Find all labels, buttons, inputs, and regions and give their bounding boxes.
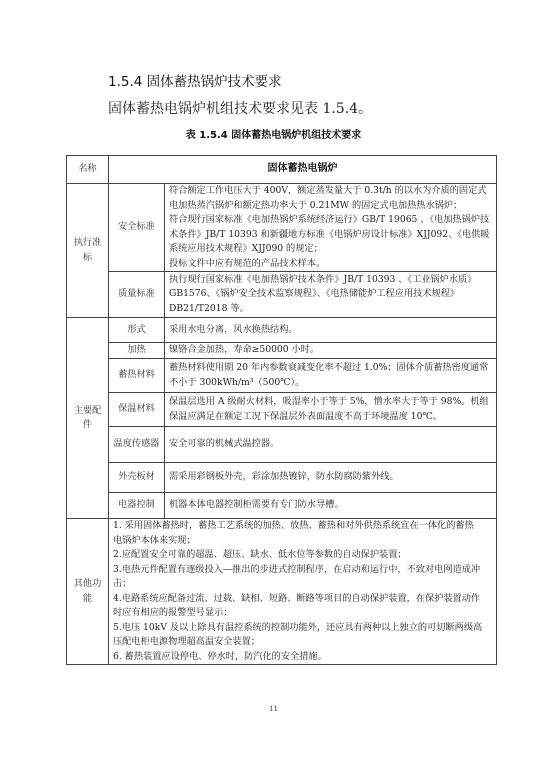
spec-table: 名称 固体蓄热电锅炉 执行准标 安全标准 符合额定工作电压大于 400V，额定蒸… [66,155,497,665]
text-line: 安全可靠的机械式温控器。 [169,437,492,452]
text-line: 时应有相应的报警型号显示； [113,606,492,621]
text-line: 电锅炉本体来实现； [113,534,492,549]
row-label-temp-sensor: 温度传感器 [109,427,165,463]
row-content-heating: 镍铬合金加热，寿命≥50000 小时。 [165,343,497,359]
table-row: 保温材料 保温层选用 A 级耐火材料，吸湿率小于等于 5%，憎水率大于等于 98… [67,393,497,427]
category-main-parts: 主要配件 [67,318,109,519]
text-line: 电加热蒸汽锅炉和额定热功率大于 0.21MW 的固定式电加热热水锅炉； [169,199,492,214]
table-row: 执行准标 安全标准 符合额定工作电压大于 400V，额定蒸发量大于 0.3t/h… [67,184,497,272]
text-line: 保温层选用 A 级耐火材料，吸湿率小于等于 5%，憎水率大于等于 98%。机组 [169,395,492,410]
text-line: 符合额定工作电压大于 400V，额定蒸发量大于 0.3t/h 的以水为介质的固定… [169,184,492,199]
row-content-storage-material: 蓄热材料使用期 20 年内参数衰减变化率不超过 1.0%；固体介质蓄热密度通常 … [165,359,497,393]
row-label-electrical-control: 电器控制 [109,493,165,519]
section-heading: 1.5.4 固体蓄热锅炉技术要求 [108,70,282,90]
text-line: 不小于 300kWh/m³（500℃）。 [169,376,492,391]
row-label-heating: 加热 [109,343,165,359]
text-line: 3.电热元件配置有逐级投入—推出的步进式控制程序，在启动和运行中，不致对电网造成… [113,563,492,578]
text-line: 需采用彩钢板外壳，彩涂加热镀锌，防水防腐防紫外线。 [169,470,492,485]
row-label-casing: 外壳板材 [109,463,165,493]
header-label: 名称 [67,156,109,184]
table-row: 质量标准 执行现行国家标准《电加热锅炉技术条件》JB/T 10393 、《工业锅… [67,272,497,318]
text-line: 符合现行国家标准《电加热锅炉系统经济运行》GB/T 19065 、《电加热锅炉技 [169,213,492,228]
text-line: 蓄热材料使用期 20 年内参数衰减变化率不超过 1.0%；固体介质蓄热密度通常 [169,361,492,376]
row-label-storage-material: 蓄热材料 [109,359,165,393]
table-row: 主要配件 形式 采用水电分离，风水换热结构。 [67,318,497,343]
table-caption: 表 1.5.4 固体蓄热电锅炉机组技术要求 [0,126,547,141]
row-content-quality: 执行现行国家标准《电加热锅炉技术条件》JB/T 10393 、《工业锅炉水质》 … [165,272,497,318]
text-line: 执行现行国家标准《电加热锅炉技术条件》JB/T 10393 、《工业锅炉水质》 [169,273,492,288]
text-line: 4.电路系统应配备过流、过载、缺相、短路、断路等项目的自动保护装置，在保护装置动… [113,592,492,607]
row-label-quality: 质量标准 [109,272,165,318]
table-row: 电器控制 机器本体电器控制柜需要有专门防水导槽。 [67,493,497,519]
row-content-other-functions: 1. 采用固体蓄热时，蓄热工艺系统的加热、放热、蓄热和对外供热系统宜在一体化的蓄… [109,519,497,665]
text-line: GB1576、《锅炉安全技术监察规程》、《电热储能炉工程应用技术规程》 [169,287,492,302]
category-standards: 执行准标 [67,184,109,318]
row-content-safety: 符合额定工作电压大于 400V，额定蒸发量大于 0.3t/h 的以水为介质的固定… [165,184,497,272]
table-row: 外壳板材 需采用彩钢板外壳，彩涂加热镀锌，防水防腐防紫外线。 [67,463,497,493]
row-content-electrical-control: 机器本体电器控制柜需要有专门防水导槽。 [165,493,497,519]
text-line: 5.电压 10kV 及以上除具有温控系统的控制功能外，还应具有两种以上独立的可切… [113,621,492,636]
text-line: 2.应配置安全可靠的超温、超压、缺水、低水位等参数的自动保护装置； [113,548,492,563]
page-number: 11 [0,705,547,713]
table-header-row: 名称 固体蓄热电锅炉 [67,156,497,184]
text-line: 6. 蓄热装置应设停电、停水时，防汽化的安全措施。 [113,650,492,665]
row-label-safety: 安全标准 [109,184,165,272]
text-line: 投标文件中应有规范的产品技术样本。 [169,257,492,272]
header-value: 固体蓄热电锅炉 [109,156,497,184]
text-line: 击； [113,577,492,592]
row-content-casing: 需采用彩钢板外壳，彩涂加热镀锌，防水防腐防紫外线。 [165,463,497,493]
category-other-functions: 其他功能 [67,519,109,665]
row-content-insulation: 保温层选用 A 级耐火材料，吸湿率小于等于 5%，憎水率大于等于 98%。机组 … [165,393,497,427]
intro-paragraph: 固体蓄热电锅炉机组技术要求见表 1.5.4。 [108,98,372,118]
text-line: 保温应满足在额定工况下保温层外表面温度不高于环境温度 10℃。 [169,410,492,425]
row-label-form: 形式 [109,318,165,343]
text-line: 系统应用技术规程》XJJ090 的规定； [169,242,492,257]
text-line: DB21/T2018 等。 [169,302,492,317]
row-content-temp-sensor: 安全可靠的机械式温控器。 [165,427,497,463]
text-line: 镍铬合金加热，寿命≥50000 小时。 [169,343,492,358]
row-content-form: 采用水电分离，风水换热结构。 [165,318,497,343]
text-line: 采用水电分离，风水换热结构。 [169,323,492,338]
table-row: 加热 镍铬合金加热，寿命≥50000 小时。 [67,343,497,359]
table-row: 其他功能 1. 采用固体蓄热时，蓄热工艺系统的加热、放热、蓄热和对外供热系统宜在… [67,519,497,665]
text-line: 术条件》JB/T 10393 和新疆地方标准《电锅炉房设计标准》XJJ092、《… [169,228,492,243]
text-line: 机器本体电器控制柜需要有专门防水导槽。 [169,498,492,513]
table-row: 蓄热材料 蓄热材料使用期 20 年内参数衰减变化率不超过 1.0%；固体介质蓄热… [67,359,497,393]
row-label-insulation: 保温材料 [109,393,165,427]
text-line: 1. 采用固体蓄热时，蓄热工艺系统的加热、放热、蓄热和对外供热系统宜在一体化的蓄… [113,519,492,534]
table-row: 温度传感器 安全可靠的机械式温控器。 [67,427,497,463]
text-line: 压配电柜电源物理超高温安全装置； [113,635,492,650]
